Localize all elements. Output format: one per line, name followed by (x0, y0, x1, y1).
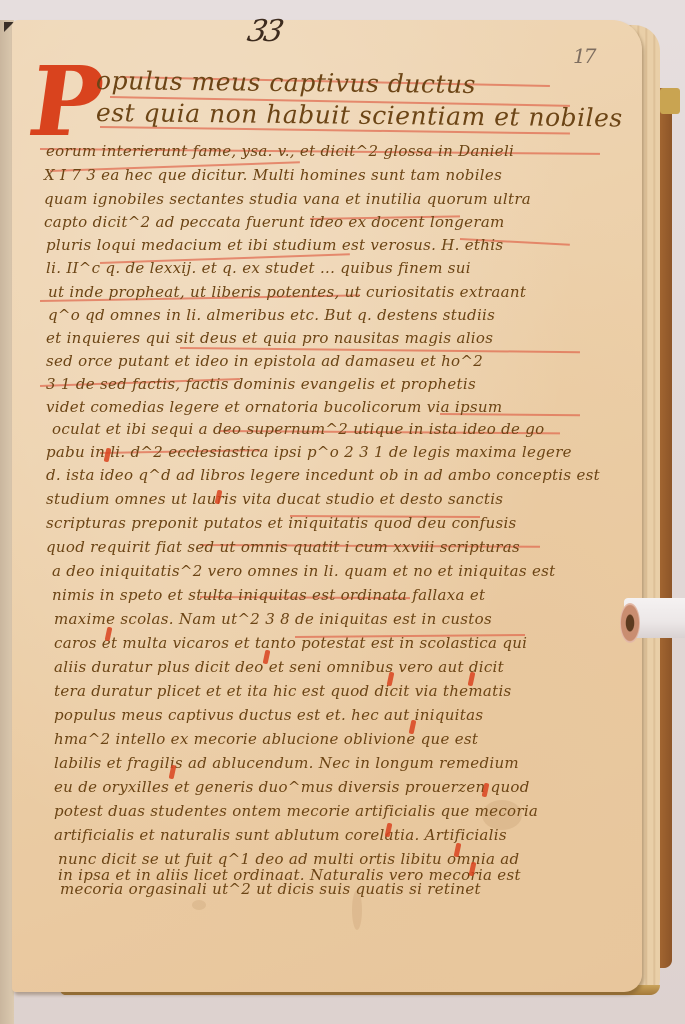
text-line: est quia non habuit scientiam et nobiles (96, 98, 623, 133)
bookmark-tube-end (620, 603, 640, 643)
text-line: quam ignobiles sectantes studia vana et … (44, 190, 531, 208)
text-line: oculat et ibi sequi a deo supernum^2 uti… (52, 420, 545, 438)
text-line: eorum interierunt fame, ysa. v., et dici… (46, 142, 514, 160)
text-line: potest duas studentes ontem mecorie arti… (54, 802, 538, 820)
text-line: d. ista ideo q^d ad libros legere incedu… (46, 466, 600, 484)
text-line: 3 1 de sed factis, factis dominis evange… (46, 375, 476, 393)
text-line: a deo iniquitatis^2 vero omnes in li. qu… (52, 562, 555, 580)
text-line: opulus meus captivus ductus (96, 66, 476, 99)
text-line: nimis in speto et stulta iniquitas est o… (52, 586, 485, 604)
text-line: maxime scolas. Nam ut^2 3 8 de iniquitas… (54, 610, 492, 628)
text-line: capto dicit^2 ad peccata fuerunt ideo ex… (44, 213, 505, 231)
text-line: li. II^c q. de lexxij. et q. ex studet .… (46, 259, 471, 277)
text-line: videt comedias legere et ornatoria bucol… (46, 398, 502, 416)
text-line: eu de oryxilles et generis duo^mus diver… (54, 778, 530, 796)
text-line: caros et multa vicaros et tanto potestat… (54, 634, 527, 652)
text-line: sed orce putant et ideo in epistola ad d… (46, 352, 483, 370)
manuscript-text: opulus meus captivus ductus est quia non… (0, 0, 685, 1024)
text-line: pabu in li. d^2 ecclesiastica ipsi p^o 2… (46, 443, 572, 461)
text-line: ut inde propheat, ut liberis potentes, u… (48, 283, 526, 301)
text-line: et inquieres qui sit deus et quia pro na… (46, 329, 493, 347)
text-line: populus meus captivus ductus est et. hec… (54, 706, 483, 724)
text-line: labilis et fragilis ad ablucendum. Nec i… (54, 754, 519, 772)
text-line: scripturas preponit putatos et iniquitat… (46, 514, 517, 532)
text-line: X I 7 3 ea hec que dicitur. Multi homine… (44, 166, 502, 184)
text-line: tera duratur plicet et et ita hic est qu… (54, 682, 512, 700)
text-line: pluris loqui medacium et ibi studium est… (46, 236, 503, 254)
text-line: studium omnes ut lauris vita ducat studi… (46, 490, 503, 508)
text-line: mecoria orgasinali ut^2 ut dicis suis qu… (60, 880, 481, 898)
text-line: q^o qd omnes in li. almeribus etc. But q… (48, 306, 495, 324)
text-line: aliis duratur plus dicit deo et seni omn… (54, 658, 504, 676)
text-line: hma^2 intello ex mecorie ablucione obliv… (54, 730, 478, 748)
text-line: quod requirit fiat sed ut omnis quatit i… (46, 538, 520, 556)
text-line: artificialis et naturalis sunt ablutum c… (54, 826, 507, 844)
